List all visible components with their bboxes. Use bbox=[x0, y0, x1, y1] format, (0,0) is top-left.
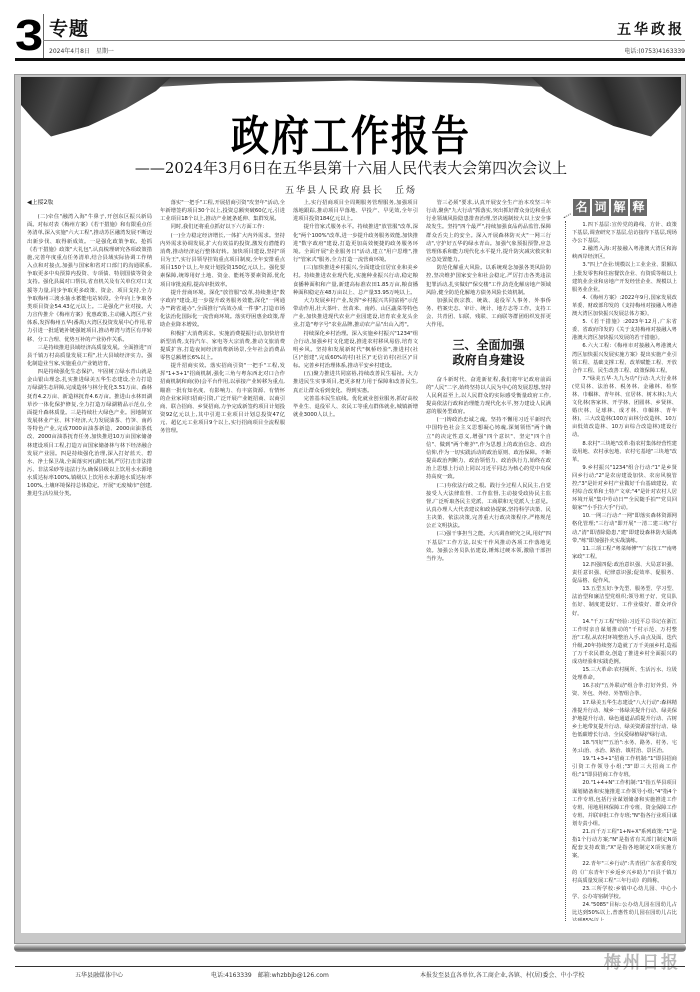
glossary-title: 名 词 解 释 bbox=[573, 199, 677, 216]
glossary-item: 21.百千万工程"1+N+X"系列政策:"1"是指1个行动方案;"N"是指省有关… bbox=[572, 828, 677, 860]
headline: 政府工作报告 bbox=[21, 102, 681, 163]
glossary-item: 7."绿美五华·九九为功"行动:九大行业林(党员林、法治林、税务林、金融林、检察… bbox=[572, 375, 677, 440]
paragraph: 管三必须"要求,认真开展安全生产治本攻坚三年行动,聚焦"九大行动"抓落实,突出抓… bbox=[426, 199, 551, 264]
glossary-item: 12.四强四促:政治意识强、大局意识强、责任意识强、纪律意识强;促效率、促服务、… bbox=[572, 561, 677, 585]
paper-name: 五华政报 bbox=[617, 19, 685, 39]
glossary-item: 10.一网三行动:"一网"即落实森林资源网格化管理;"三行动"即开展"一清二建三… bbox=[572, 512, 677, 544]
paragraph: 提升管家式服务水平。持续推进"放管服"改革,深化"两个100%"改革,进一步提升… bbox=[293, 223, 418, 264]
footer-publisher: 五华县融媒体中心 bbox=[75, 970, 123, 979]
paragraph: 上,实行招商项目全周期服务管理服务,加强项目落地跟踪,推动项目早落地、早投产、早… bbox=[293, 199, 418, 223]
glossary-title-char: 释 bbox=[630, 199, 647, 216]
paragraph: 加强民族宗教、统战、退役军人事务、外事侨务、档案史志、审计、统计、地方志等工作。… bbox=[426, 297, 551, 330]
glossary-list: 1.四下基层:宣传党的路线、方针、政策下基层,调查研究下基层,信访接待下基层,现… bbox=[565, 221, 677, 921]
paragraph: 提升招商实效。落实招商引资"一把手"工程,发挥"1+3+1"招商机制,强化三角与… bbox=[160, 362, 285, 435]
glossary-item: 5.《若干措施》:2023年12月,广东省委、省政府印发的《关于支持梅州对接融入… bbox=[572, 318, 677, 342]
masthead-thick-rule bbox=[15, 58, 685, 61]
article-column-2: 落实"一把手"工程,开展招商引资"攻坚年"活动,全年新增签约项目30个以上,投资… bbox=[160, 199, 285, 929]
section-heading-line: 三、全面加强 bbox=[426, 338, 551, 353]
paragraph: (一)全力稳定经济增长,一体扩大内外需求。坚持内外需求协调发展,扩大有效益的投资… bbox=[160, 232, 285, 289]
paragraph: (二)牵住"融湾入海"牛鼻子,开创东区振兴新局面。对标对表《梅州方案》《若干措施… bbox=[27, 213, 152, 344]
paragraph: 完善基本民生底线。优化就业创业服务,抓好高校毕业生、退役军人、农民工等重点群体就… bbox=[293, 395, 418, 419]
glossary-sidebar: 名 词 解 释 1.四下基层:宣传党的路线、方针、政策下基层,调查研究下基层,信… bbox=[559, 199, 677, 929]
glossary-item: 22.青年"三乡行动":共青团广东省委印发的《广东青年下乡返乡兴乡助力"百县千镇… bbox=[572, 860, 677, 884]
glossary-item: 20."1+4+N"工作机制:"1"指五华县项目谋划储备和实施推进工作领导小组;… bbox=[572, 779, 677, 828]
section-heading: 三、全面加强 政府自身建设 bbox=[426, 338, 551, 368]
paragraph: 落实"一把手"工程,开展招商引资"攻坚年"活动,全年新增签约项目30个以上,投资… bbox=[160, 199, 285, 223]
glossary-item: 1.四下基层:宣传党的路线、方针、政策下基层,调查研究下基层,信访接待下基层,现… bbox=[572, 221, 677, 245]
glossary-item: 8.农村"三块地"改革:指农村集体经营性建设用地、农村承包地、农村宅基地"三块地… bbox=[572, 440, 677, 464]
masthead-divider bbox=[43, 14, 44, 60]
paragraph: 四是持续强化生态保护。牢固树立绿水青山就是金山银山理念,扎实推进绿美五华生态建设… bbox=[27, 368, 152, 499]
footer: 五华县融媒体中心 电话:4163339 邮箱:whzbbjb@126.com 本… bbox=[15, 970, 685, 984]
paragraph: 积极扩大消费需求。实施消费提振行动,加快培育新型消费,支持汽车、家电等大宗消费,… bbox=[160, 330, 285, 363]
paragraph: 同时,我们还将重点抓好以下六方面工作: bbox=[160, 223, 285, 231]
article-frame-inner: 政府工作报告 ——2024年3月6日在五华县第十六届人民代表大会第四次会议上 五… bbox=[21, 77, 681, 933]
article-column-4: 管三必须"要求,认真开展安全生产治本攻坚三年行动,聚焦"九大行动"抓落实,突出抓… bbox=[426, 199, 551, 929]
footer-distribution: 本报发至县直各单位,各工商企业,各镇、村(居)委会、中小学校 bbox=[420, 970, 585, 979]
article-column-1: ◀上接2版 (二)牵住"融湾入海"牛鼻子,开创东区振兴新局面。对标对表《梅州方案… bbox=[27, 199, 152, 929]
paragraph: 大力发展乡村产业,发挥"乡村振兴共同富裕"示范带动作用,壮大茶叶、丝苗米、南药、… bbox=[293, 297, 418, 330]
glossary-title-char: 词 bbox=[592, 199, 609, 216]
article-frame: 政府工作报告 ——2024年3月6日在五华县第十六届人民代表大会第四次会议上 五… bbox=[14, 74, 686, 944]
glossary-item: 19."1+3+1"招商工作机制:"1"即县招商引资工作领导小组;"3"即三大招… bbox=[572, 755, 677, 779]
page-number: 3 bbox=[15, 14, 43, 58]
glossary-item: 6.六大工程:《梅州市对接融入粤港澳大湾区加快振兴发展实施方案》提出实施产业引领… bbox=[572, 342, 677, 374]
paragraph: (一)铸政治忠诚之魂。坚持不懈用习近平新时代中国特色社会主义思想凝心铸魂,深刻领… bbox=[426, 416, 551, 481]
subheadline: ——2024年3月6日在五华县第十六届人民代表大会第四次会议上 bbox=[21, 157, 681, 178]
paragraph: (三)加快推进乡村振兴,全面建设宜居宜业和美乡村。持续推进农业现代化,实施种业振… bbox=[293, 264, 418, 297]
glossary-item: 11.三项工程:"粤菜师傅""广东技工""南粤家政"工程。 bbox=[572, 545, 677, 561]
glossary-item: 18."四好""五治":水务、路务、村务、宅务;山治、水治、路治、镇村治、景区治… bbox=[572, 739, 677, 755]
section-heading-line: 政府自身建设 bbox=[426, 353, 551, 368]
glossary-item: 13.五型五好:争先型、服务型、学习型、法治型和廉洁型党组织;领导班子好、党员队… bbox=[572, 585, 677, 617]
scroll-rod-decoration bbox=[14, 944, 686, 952]
glossary-item: 14."千万工程"经验:习近平总书记在浙江工作时亲自谋划推动的"千村示范、万村整… bbox=[572, 618, 677, 667]
section-name: 专题 bbox=[49, 14, 89, 41]
article-column-3: 上,实行招商项目全周期服务管理服务,加强项目落地跟踪,推动项目早落地、早投产、早… bbox=[293, 199, 418, 929]
footer-rule bbox=[15, 966, 685, 967]
glossary-title-char: 解 bbox=[611, 199, 628, 216]
masthead-rule bbox=[43, 40, 685, 41]
paragraph: 提升营商环境。深化"放管服"改革,持续推进"数字政府"建设,进一步提升政务服务效… bbox=[160, 289, 285, 330]
article-columns: ◀上接2版 (二)牵住"融湾入海"牛鼻子,开创东区振兴新局面。对标对表《梅州方案… bbox=[27, 199, 551, 929]
paragraph: (三)强干事担当之能。大兴调查研究之风,用好"四下基层"工作方法,以实干作风推动… bbox=[426, 530, 551, 563]
glossary-item: 3."四上"企业:规模以上工业企业、限额以上批发零售和住宿餐饮企业、有资质等级以… bbox=[572, 261, 677, 293]
paragraph: 三是持续推进县域经济高质量发展。全面推进"百县千镇万村高质量发展工程",壮大县域… bbox=[27, 344, 152, 368]
glossary-title-char: 名 bbox=[573, 199, 590, 216]
paragraph: (五)聚力推进共同富裕,持续改善民生福祉。大力推进民生实事项目,把更多财力用于保… bbox=[293, 370, 418, 394]
glossary-item: 2.融湾入海:对接融入粤港澳大湾区和海峡西岸经济区。 bbox=[572, 245, 677, 261]
paragraph: 奋斗新时代、奋进新征程,我们将牢记政府前面的"人民"二字,始终坚持以人民为中心的… bbox=[426, 376, 551, 417]
glossary-item: 17.绿美五华生态建设"八大行动":森林精准提升行动、城乡一体绿美提升行动、绿美… bbox=[572, 699, 677, 739]
masthead: 3 专题 2024年4月8日 星期一 五华政报 电话:(0753)4163339 bbox=[15, 10, 685, 60]
paragraph: 持续深化乡村治理。深入实施乡村振兴"1234"组合行动,加强乡村文化建设,推进农… bbox=[293, 330, 418, 371]
glossary-item: 15.三大革命:农村厕所、生活污水、垃圾处理革命。 bbox=[572, 666, 677, 682]
glossary-item: 24."5085"目标:公办幼儿园在园幼儿占比达到50%以上,普惠性幼儿园在园幼… bbox=[572, 901, 677, 921]
continued-from-label: ◀上接2版 bbox=[27, 199, 152, 207]
paragraph: (二)夯依法行政之根。践行全过程人民民主,自觉接受人大法律监督、工作监督,主动接… bbox=[426, 482, 551, 531]
footer-contact: 电话:4163339 邮箱:whzbbjb@126.com bbox=[211, 970, 329, 979]
glossary-item: 16.扫好"五外联动"组合拳:打好外贸、外资、外包、外经、外智组合拳。 bbox=[572, 682, 677, 698]
masthead-phone: 电话:(0753)4163339 bbox=[624, 46, 685, 55]
paragraph: 防范化解重大风险。以系统观念加强各类风险防控,坚决维护国家安全和社会稳定,严厉打… bbox=[426, 264, 551, 297]
glossary-item: 4.《梅州方案》:2022年9月,国家发展改革委、财政部印发的《支持梅州对接融入… bbox=[572, 294, 677, 318]
glossary-item: 9.乡村振兴"1234"组合行动:"1"是乡贤回乡行动;"2"是农房建设加快、农… bbox=[572, 464, 677, 513]
byline: 五华县人民政府县长 丘炀 bbox=[21, 183, 681, 196]
issue-date: 2024年4月8日 星期一 bbox=[49, 46, 114, 55]
glossary-item: 23.三所学校:乡镇中心幼儿园、中心小学、公办寄宿制学校。 bbox=[572, 885, 677, 901]
